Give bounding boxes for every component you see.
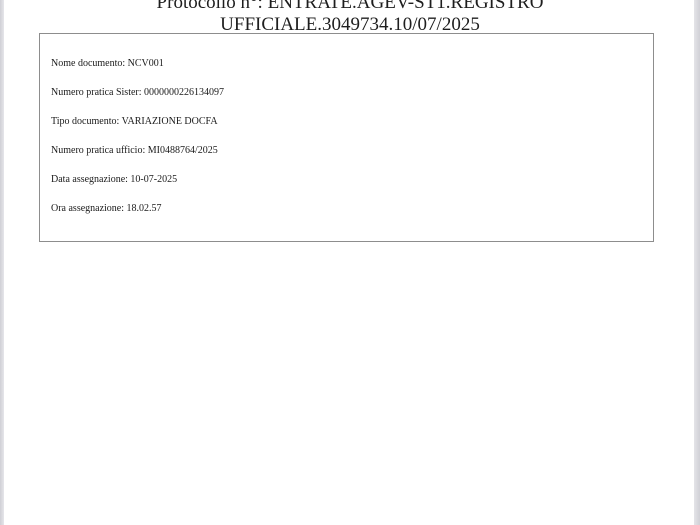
field-nome-documento: Nome documento: NCV001 (51, 58, 164, 69)
field-tipo-documento: Tipo documento: VARIAZIONE DOCFA (51, 116, 218, 127)
field-numero-pratica-sister: Numero pratica Sister: 0000000226134097 (51, 87, 224, 98)
document-info-box: Nome documento: NCV001 Numero pratica Si… (39, 33, 654, 242)
page-right-edge (694, 0, 700, 525)
field-numero-pratica-ufficio: Numero pratica ufficio: MI0488764/2025 (51, 145, 218, 156)
protocol-title-line1: Protocollo n°: ENTRATE.AGEV-ST1.REGISTRO (0, 0, 700, 14)
field-data-assegnazione: Data assegnazione: 10-07-2025 (51, 174, 177, 185)
field-ora-assegnazione: Ora assegnazione: 18.02.57 (51, 203, 162, 214)
